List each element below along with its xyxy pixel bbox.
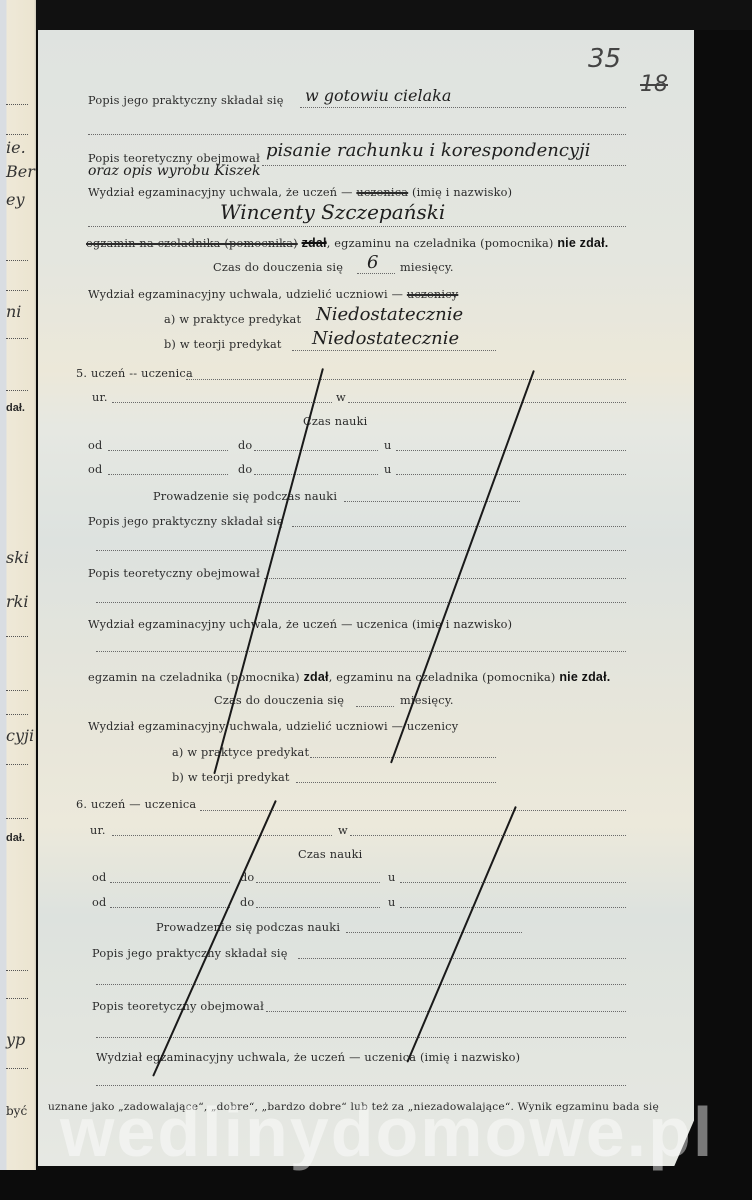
dotted-line <box>108 474 228 475</box>
s5-practical-label: Popis jego praktyczny składał się <box>88 515 284 528</box>
dotted-line <box>6 338 28 339</box>
practice-grade-value: Niedostatecznie <box>316 304 463 325</box>
s5-to-label-2: do <box>238 463 252 476</box>
s5-at-label: u <box>384 439 391 452</box>
handwriting-fragment: Ber <box>6 162 35 181</box>
dotted-line <box>6 764 28 765</box>
dotted-line <box>200 810 626 811</box>
dotted-line <box>396 450 626 451</box>
dotted-line <box>396 474 626 475</box>
s5-theoretical-label: Popis teoretyczny obejmował <box>88 567 260 580</box>
s5-study-time-title: Czas nauki <box>303 415 367 428</box>
theoretical-value-1: pisanie rachunku i korespondencyji <box>266 140 590 161</box>
s6-born-label: ur. <box>90 824 106 837</box>
s5-exam-result-line: egzamin na czeladnika (pomocnika) zdał, … <box>88 670 610 684</box>
s6-in-label: w <box>338 824 348 837</box>
dotted-line <box>112 402 332 403</box>
s6-to-label-2: do <box>240 896 254 909</box>
dotted-line <box>400 882 626 883</box>
page-number: 35 <box>588 44 621 74</box>
dotted-line <box>350 835 626 836</box>
s5-practice-grade-label: a) w praktyce predykat <box>172 746 309 759</box>
dotted-line <box>96 651 626 652</box>
dotted-line <box>6 818 28 819</box>
practical-label: Popis jego praktyczny składał się <box>88 94 284 107</box>
dotted-line <box>6 260 28 261</box>
dotted-line <box>348 402 626 403</box>
text-fragment: dał. <box>6 832 25 844</box>
watermark: wedlinydomowe.pl <box>60 1092 714 1172</box>
dotted-line <box>357 273 395 274</box>
s5-to-label: do <box>238 439 252 452</box>
left-adjacent-page: ie. Ber ey ni dał. ski rki cyji dał. yp … <box>0 0 36 1170</box>
dotted-line <box>300 107 626 108</box>
s6-at-label-2: u <box>388 896 395 909</box>
dotted-line <box>6 290 28 291</box>
dotted-line <box>264 578 626 579</box>
s6-at-label: u <box>388 871 395 884</box>
s5-born-label: ur. <box>92 391 108 404</box>
old-page-number: 18 <box>640 72 668 97</box>
handwriting-fragment: yp <box>6 1030 25 1049</box>
s6-from-label-2: od <box>92 896 106 909</box>
dotted-line <box>292 526 626 527</box>
dotted-line <box>254 450 378 451</box>
dotted-line <box>108 450 228 451</box>
theory-grade-label: b) w teorji predykat <box>164 338 282 351</box>
time-label: Czas do douczenia się <box>213 261 343 274</box>
time-unit: miesięcy. <box>400 261 454 274</box>
dotted-line <box>262 165 626 166</box>
s5-from-label: od <box>88 439 102 452</box>
dotted-line <box>6 134 28 135</box>
dotted-line <box>110 907 230 908</box>
dotted-line <box>96 602 626 603</box>
dotted-line <box>6 636 28 637</box>
s6-theoretical-label: Popis teoretyczny obejmował <box>92 1000 264 1013</box>
text-fragment: dał. <box>6 402 25 414</box>
grant-label: Wydział egzaminacyjny uchwala, udzielić … <box>88 288 458 301</box>
s6-practical-label: Popis jego praktyczny składał się <box>92 947 288 960</box>
dotted-line <box>298 958 626 959</box>
s5-theory-grade-label: b) w teorji predykat <box>172 771 290 784</box>
handwriting-fragment: ni <box>6 302 21 321</box>
dotted-line <box>6 104 28 105</box>
handwriting-fragment: cyji <box>6 726 34 745</box>
dotted-line <box>266 1011 626 1012</box>
dotted-line <box>356 706 394 707</box>
dotted-line <box>112 835 332 836</box>
dotted-line <box>346 932 522 933</box>
text-fragment: być <box>6 1104 27 1118</box>
dotted-line <box>256 882 380 883</box>
handwriting-fragment: ski <box>6 548 29 567</box>
dotted-line <box>96 984 626 985</box>
exam-result-line: egzamin na czeladnika (pomocnika) zdał, … <box>86 236 608 250</box>
s6-student-label: 6. uczeń — uczenica <box>76 798 196 811</box>
dotted-line <box>292 350 496 351</box>
dotted-line <box>6 690 28 691</box>
dotted-line <box>186 379 626 380</box>
dotted-line <box>6 1068 28 1069</box>
dotted-line <box>96 1037 626 1038</box>
s6-conduct-label: Prowadzenie się podczas nauki <box>156 921 340 934</box>
dotted-line <box>6 970 28 971</box>
dotted-line <box>310 757 496 758</box>
dotted-line <box>88 226 626 227</box>
s5-student-label: 5. uczeń -- uczenica <box>76 367 193 380</box>
s6-from-label: od <box>92 871 106 884</box>
dotted-line <box>400 907 626 908</box>
s5-in-label: w <box>336 391 346 404</box>
dotted-line <box>88 134 626 135</box>
resolution-label: Wydział egzaminacyjny uchwala, że uczeń … <box>88 186 512 199</box>
s5-resolution-label: Wydział egzaminacyjny uchwala, że uczeń … <box>88 618 512 631</box>
dotted-line <box>344 501 520 502</box>
dotted-line <box>6 998 28 999</box>
handwriting-fragment: ey <box>6 190 25 209</box>
dotted-line <box>110 882 230 883</box>
dotted-line <box>296 782 496 783</box>
theoretical-value-2: oraz opis wyrobu Kiszek <box>88 163 261 179</box>
s5-from-label-2: od <box>88 463 102 476</box>
handwriting-fragment: ie. <box>6 138 26 157</box>
practical-value: w gotowiu cielaka <box>305 86 451 105</box>
s5-conduct-label: Prowadzenie się podczas nauki <box>153 490 337 503</box>
practice-grade-label: a) w praktyce predykat <box>164 313 301 326</box>
student-name: Wincenty Szczepański <box>220 200 445 224</box>
dotted-line <box>6 390 28 391</box>
dotted-line <box>96 550 626 551</box>
dotted-line <box>6 714 28 715</box>
dotted-line <box>256 907 380 908</box>
handwriting-fragment: rki <box>6 592 28 611</box>
s5-time-unit: miesięcy. <box>400 694 454 707</box>
theory-grade-value: Niedostatecznie <box>312 328 459 349</box>
time-value: 6 <box>367 252 378 273</box>
dotted-line <box>96 1085 626 1086</box>
s5-at-label-2: u <box>384 463 391 476</box>
dotted-line <box>254 474 378 475</box>
s6-study-time-title: Czas nauki <box>298 848 362 861</box>
scan-top-border <box>0 0 752 30</box>
